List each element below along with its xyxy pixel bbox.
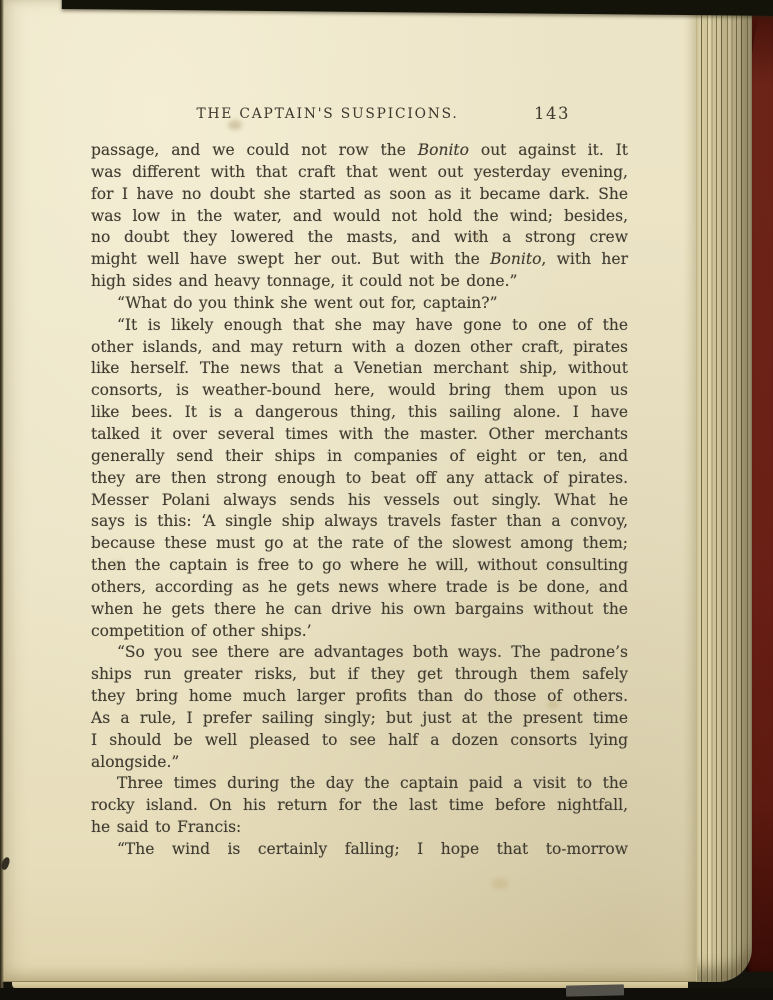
text-line: they bring home much larger profits than… xyxy=(91,686,628,708)
book-photo: THE CAPTAIN'S SUSPICIONS. 143 passage, a… xyxy=(0,0,773,1000)
text-line: no doubt they lowered the masts, and wit… xyxy=(91,227,628,249)
page-text: THE CAPTAIN'S SUSPICIONS. 143 passage, a… xyxy=(91,106,628,861)
body-text: passage, and we could not row the Bonito… xyxy=(91,140,628,861)
text-line: they are then strong enough to beat off … xyxy=(91,468,628,490)
text-line: rocky island. On his return for the last… xyxy=(91,795,628,817)
text-line: ships run greater risks, but if they get… xyxy=(91,664,628,686)
text-line: he said to Francis: xyxy=(91,817,628,839)
text-line: talked it over several times with the ma… xyxy=(91,424,628,446)
italic-ship-name: Bonito xyxy=(490,250,541,268)
text-line: consorts, is weather-bound here, would b… xyxy=(91,380,628,402)
text-line: because these must go at the rate of the… xyxy=(91,533,628,555)
text-line: Three times during the day the captain p… xyxy=(91,773,628,795)
photo-bottom-edge xyxy=(0,988,773,1000)
text-line: says is this: ‘A single ship always trav… xyxy=(91,511,628,533)
text-line: might well have swept her out. But with … xyxy=(91,249,628,271)
text-line: I should be well pleased to see half a d… xyxy=(91,730,628,752)
text-line: like bees. It is a dangerous thing, this… xyxy=(91,402,628,424)
text-line: “It is likely enough that she may have g… xyxy=(91,315,628,337)
text-line: passage, and we could not row the Bonito… xyxy=(91,140,628,162)
gutter-shadow xyxy=(0,0,4,1000)
bottom-clip-mark xyxy=(566,984,624,996)
page-fore-edges xyxy=(688,4,752,982)
text-line: “What do you think she went out for, cap… xyxy=(91,293,628,315)
running-title: THE CAPTAIN'S SUSPICIONS. xyxy=(59,106,596,122)
text-line: was low in the water, and would not hold… xyxy=(91,206,628,228)
text-line: was different with that craft that went … xyxy=(91,162,628,184)
text-line: like herself. The news that a Venetian m… xyxy=(91,358,628,380)
page-number: 143 xyxy=(534,104,570,123)
page-header: THE CAPTAIN'S SUSPICIONS. 143 xyxy=(91,106,628,123)
text-line: when he gets there he can drive his own … xyxy=(91,599,628,621)
text-line: others, according as he gets news where … xyxy=(91,577,628,599)
italic-ship-name: Bonito xyxy=(418,141,469,159)
text-line: then the captain is free to go where he … xyxy=(91,555,628,577)
text-line: “The wind is certainly falling; I hope t… xyxy=(91,839,628,861)
text-line: for I have no doubt she started as soon … xyxy=(91,184,628,206)
text-line: other islands, and may return with a doz… xyxy=(91,337,628,359)
foxing-spot xyxy=(492,878,508,889)
text-line: generally send their ships in companies … xyxy=(91,446,628,468)
text-line: “So you see there are advantages both wa… xyxy=(91,642,628,664)
text-line: competition of other ships.’ xyxy=(91,621,628,643)
text-line: Messer Polani always sends his vessels o… xyxy=(91,490,628,512)
text-line: high sides and heavy tonnage, it could n… xyxy=(91,271,628,293)
text-line: As a rule, I prefer sailing singly; but … xyxy=(91,708,628,730)
text-line: alongside.” xyxy=(91,752,628,774)
